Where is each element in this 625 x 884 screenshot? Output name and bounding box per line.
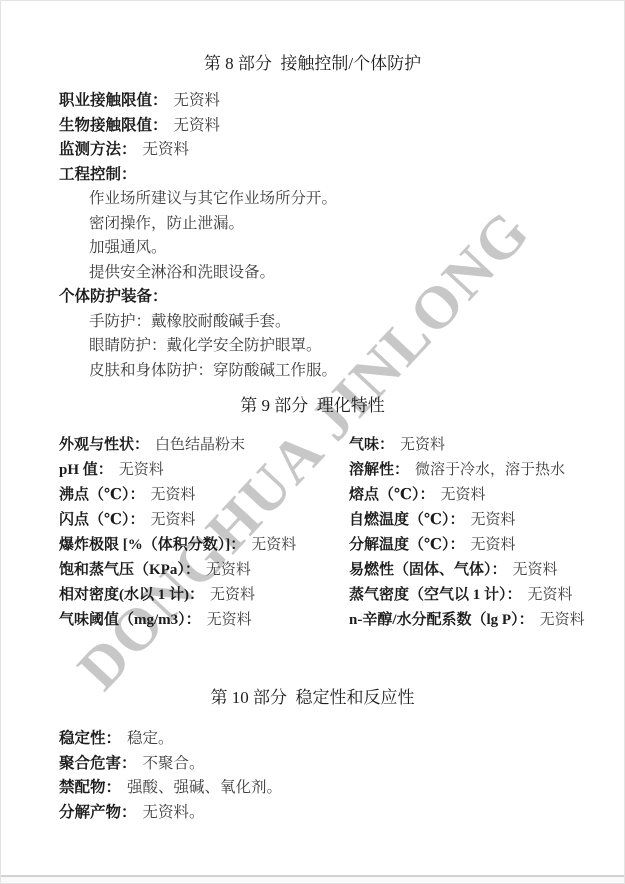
field-value: 白色结晶粉末 [155, 437, 245, 453]
field-value: 无资料 [150, 487, 195, 503]
field-row: 职业接触限值：无资料 [59, 89, 566, 114]
field-value: 无资料 [150, 512, 195, 528]
section-8-title: 第 8 部分 接触控制/个体防护 [59, 51, 566, 77]
field-value: 微溶于冷水，溶于热水 [415, 462, 565, 478]
field-value: 无资料 [143, 141, 190, 158]
field-row: 相对密度(水以 1 计)：无资料 [59, 583, 349, 608]
properties-grid: 外观与性状：白色结晶粉末 pH 值：无资料 沸点（℃）：无资料 闪点（℃）：无资… [59, 433, 566, 633]
field-row: 工程控制： [59, 163, 566, 188]
field-label: 溶解性： [349, 462, 409, 478]
field-label: 禁配物： [59, 779, 121, 796]
sub-item: 密闭操作，防止泄漏。 [59, 212, 566, 237]
field-label: 生物接触限值： [59, 117, 168, 134]
field-label: pH 值： [59, 462, 113, 478]
page-bottom-edge [1, 875, 624, 883]
field-value: 无资料。 [143, 804, 205, 821]
field-row: 爆炸极限 [%（体积分数）]：无资料 [59, 533, 349, 558]
field-row: 易燃性（固体、气体）：无资料 [349, 558, 585, 583]
field-row: 禁配物：强酸、强碱、氧化剂。 [59, 776, 566, 801]
field-row: 分解产物：无资料。 [59, 801, 566, 826]
field-label: 饱和蒸气压（KPa）： [59, 562, 200, 578]
field-value: 无资料 [440, 487, 485, 503]
field-label: 爆炸极限 [%（体积分数）]： [59, 537, 245, 553]
field-label: 个体防护装备： [59, 288, 168, 305]
field-label: 工程控制： [59, 166, 137, 183]
field-label: 气味阈值（mg/m3）： [59, 612, 201, 628]
field-row: 熔点（℃）：无资料 [349, 483, 585, 508]
document-content: 第 8 部分 接触控制/个体防护 职业接触限值：无资料 生物接触限值：无资料 监… [1, 1, 624, 825]
field-label: 闪点（℃）： [59, 512, 144, 528]
field-row: 生物接触限值：无资料 [59, 114, 566, 139]
field-label: 易燃性（固体、气体）： [349, 562, 507, 578]
field-row: 气味阈值（mg/m3）：无资料 [59, 608, 349, 633]
field-value: 无资料 [207, 612, 252, 628]
field-row: 聚合危害：不聚合。 [59, 752, 566, 777]
field-value: 无资料 [174, 92, 221, 109]
field-row: 分解温度（℃）：无资料 [349, 533, 585, 558]
field-value: 无资料 [251, 537, 296, 553]
field-label: 外观与性状： [59, 437, 149, 453]
field-label: 相对密度(水以 1 计)： [59, 587, 204, 603]
field-row: 溶解性：微溶于冷水，溶于热水 [349, 458, 585, 483]
field-row: 饱和蒸气压（KPa）：无资料 [59, 558, 349, 583]
sub-item: 加强通风。 [59, 236, 566, 261]
field-label: 自燃温度（℃）： [349, 512, 464, 528]
field-value: 无资料 [513, 562, 558, 578]
field-value: 无资料 [400, 437, 445, 453]
field-value: 无资料 [206, 562, 251, 578]
field-value: 不聚合。 [143, 755, 205, 772]
field-value: 无资料 [174, 117, 221, 134]
field-value: 无资料 [470, 537, 515, 553]
field-row: 闪点（℃）：无资料 [59, 508, 349, 533]
field-label: 监测方法： [59, 141, 137, 158]
field-label: 蒸气密度（空气以 1 计）： [349, 587, 522, 603]
field-label: 熔点（℃）： [349, 487, 434, 503]
field-row: 自燃温度（℃）：无资料 [349, 508, 585, 533]
section-10-title: 第 10 部分 稳定性和反应性 [59, 685, 566, 711]
field-value: 无资料 [540, 612, 585, 628]
field-row: n-辛醇/水分配系数（lg P）：无资料 [349, 608, 585, 633]
properties-right-column: 气味：无资料 溶解性：微溶于冷水，溶于热水 熔点（℃）：无资料 自燃温度（℃）：… [349, 433, 585, 633]
field-label: 聚合危害： [59, 755, 137, 772]
field-label: 职业接触限值： [59, 92, 168, 109]
field-row: 沸点（℃）：无资料 [59, 483, 349, 508]
section-9-title: 第 9 部分 理化特性 [59, 393, 566, 419]
field-label: 沸点（℃）： [59, 487, 144, 503]
field-row: 监测方法：无资料 [59, 138, 566, 163]
field-label: 稳定性： [59, 730, 121, 747]
properties-left-column: 外观与性状：白色结晶粉末 pH 值：无资料 沸点（℃）：无资料 闪点（℃）：无资… [59, 433, 349, 633]
field-value: 无资料 [470, 512, 515, 528]
field-row: pH 值：无资料 [59, 458, 349, 483]
field-value: 无资料 [528, 587, 573, 603]
field-row: 蒸气密度（空气以 1 计）：无资料 [349, 583, 585, 608]
field-value: 强酸、强碱、氧化剂。 [127, 779, 282, 796]
sub-item: 皮肤和身体防护：穿防酸碱工作服。 [59, 359, 566, 384]
field-label: 分解温度（℃）： [349, 537, 464, 553]
field-row: 稳定性：稳定。 [59, 727, 566, 752]
sub-item: 眼睛防护：戴化学安全防护眼罩。 [59, 334, 566, 359]
sub-item: 手防护：戴橡胶耐酸碱手套。 [59, 310, 566, 335]
field-label: 气味： [349, 437, 394, 453]
field-row: 气味：无资料 [349, 433, 585, 458]
sub-item: 作业场所建议与其它作业场所分开。 [59, 187, 566, 212]
field-value: 无资料 [119, 462, 164, 478]
field-row: 外观与性状：白色结晶粉末 [59, 433, 349, 458]
field-value: 无资料 [210, 587, 255, 603]
field-label: 分解产物： [59, 804, 137, 821]
field-row: 个体防护装备： [59, 285, 566, 310]
field-value: 稳定。 [127, 730, 174, 747]
field-label: n-辛醇/水分配系数（lg P）： [349, 612, 534, 628]
document-page: DONGHUA JINLONG 第 8 部分 接触控制/个体防护 职业接触限值：… [0, 0, 625, 884]
sub-item: 提供安全淋浴和洗眼设备。 [59, 261, 566, 286]
